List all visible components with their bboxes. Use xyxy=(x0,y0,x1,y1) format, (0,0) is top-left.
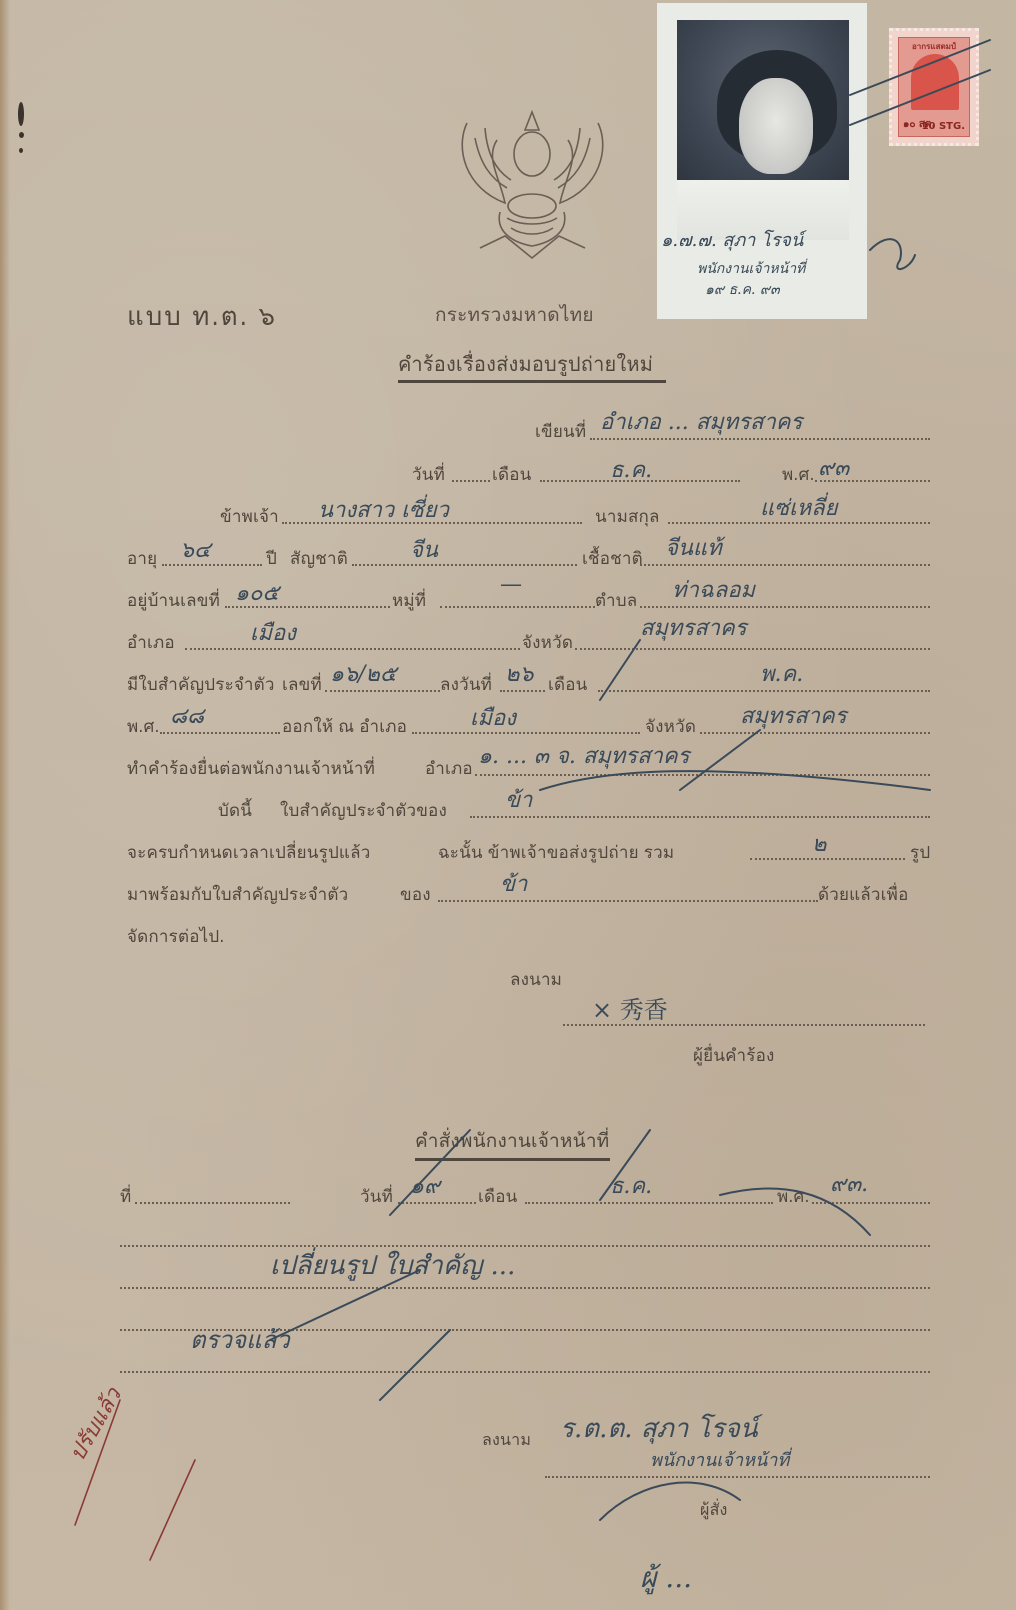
document-page: ๑.๗.๗. สุภา โรจน์ พนักงานเจ้าหน้าที่ ๑๙ … xyxy=(0,0,1016,1610)
handwriting-strokes xyxy=(0,0,1016,1610)
